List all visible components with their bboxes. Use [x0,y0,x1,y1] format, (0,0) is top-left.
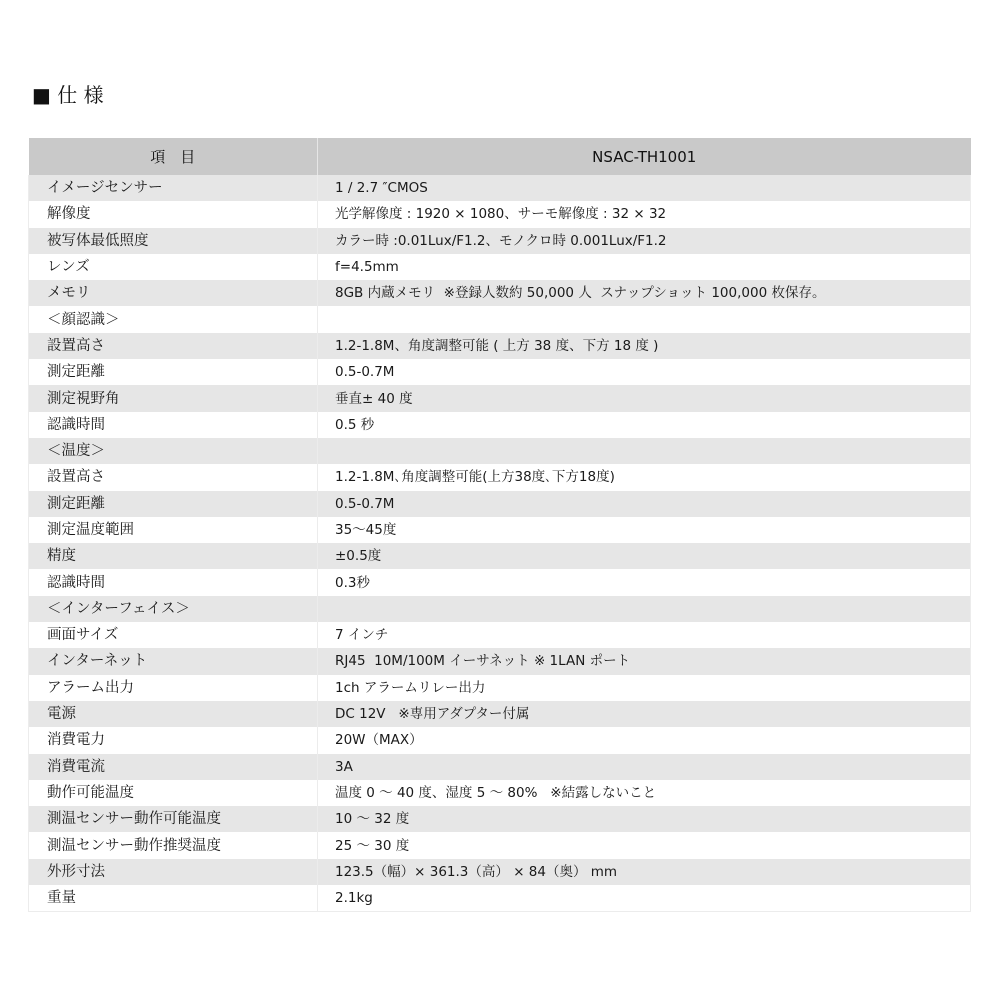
row-value: RJ45 10M/100M イーサネット ※ 1LAN ポート [318,648,971,674]
row-item: 解像度 [29,201,318,227]
row-value: 25 ～ 30 度 [318,832,971,858]
table-row: 消費電流3A [29,754,971,780]
row-item: 測定視野角 [29,385,318,411]
row-item: 消費電力 [29,727,318,753]
row-value: 1.2-1.8M、角度調整可能 ( 上方 38 度、下方 18 度 ) [318,333,971,359]
table-row: 設置高さ1.2-1.8M､角度調整可能(上方38度､下方18度) [29,464,971,490]
row-value: f=4.5mm [318,254,971,280]
table-row: 画面サイズ7 インチ [29,622,971,648]
row-value: 0.5-0.7M [318,491,971,517]
row-value: 1.2-1.8M､角度調整可能(上方38度､下方18度) [318,464,971,490]
row-value: 35～45度 [318,517,971,543]
row-item: メモリ [29,280,318,306]
row-value: 0.5 秒 [318,412,971,438]
section-label: ＜インターフェイス＞ [29,596,318,622]
table-row: 動作可能温度温度 0 ～ 40 度、湿度 5 ～ 80% ※結露しないこと [29,780,971,806]
header-model: NSAC-TH1001 [318,138,971,175]
row-item: アラーム出力 [29,675,318,701]
table-row: 外形寸法123.5（幅）× 361.3（高） × 84（奥） mm [29,859,971,885]
table-row: 解像度光学解像度 : 1920 × 1080、サーモ解像度 : 32 × 32 [29,201,971,227]
table-row: 測定温度範囲35～45度 [29,517,971,543]
section-label: ＜顔認識＞ [29,306,318,332]
section-row-face-recognition: ＜顔認識＞ [29,306,971,332]
table-row: 測定距離0.5-0.7M [29,359,971,385]
row-value: 20W（MAX） [318,727,971,753]
row-value: 2.1kg [318,885,971,912]
row-item: レンズ [29,254,318,280]
row-item: 測温センサー動作可能温度 [29,806,318,832]
table-header-row: 項 目 NSAC-TH1001 [29,138,971,175]
spec-table: 項 目 NSAC-TH1001 イメージセンサー1 / 2.7 ″CMOS 解像… [28,138,971,912]
row-item: 測定温度範囲 [29,517,318,543]
table-row: 電源DC 12V ※専用アダプター付属 [29,701,971,727]
section-row-interface: ＜インターフェイス＞ [29,596,971,622]
row-item: 設置高さ [29,464,318,490]
row-item: 消費電流 [29,754,318,780]
row-value: 8GB 内蔵メモリ ※登録人数約 50,000 人 スナップショット 100,0… [318,280,971,306]
row-value: 垂直± 40 度 [318,385,971,411]
row-value [318,438,971,464]
row-item: 重量 [29,885,318,912]
table-row: レンズf=4.5mm [29,254,971,280]
row-item: 精度 [29,543,318,569]
table-row: 設置高さ1.2-1.8M、角度調整可能 ( 上方 38 度、下方 18 度 ) [29,333,971,359]
table-row: 消費電力20W（MAX） [29,727,971,753]
row-item: イメージセンサー [29,175,318,201]
row-value [318,306,971,332]
header-item: 項 目 [29,138,318,175]
table-row: 測温センサー動作推奨温度25 ～ 30 度 [29,832,971,858]
row-item: インターネット [29,648,318,674]
table-row: アラーム出力1ch アラームリレー出力 [29,675,971,701]
row-item: 被写体最低照度 [29,228,318,254]
table-row: 認識時間0.5 秒 [29,412,971,438]
table-row: 重量2.1kg [29,885,971,912]
table-row: 測温センサー動作可能温度10 ～ 32 度 [29,806,971,832]
row-value: 10 ～ 32 度 [318,806,971,832]
row-value: 123.5（幅）× 361.3（高） × 84（奥） mm [318,859,971,885]
row-item: 設置高さ [29,333,318,359]
row-value: 光学解像度 : 1920 × 1080、サーモ解像度 : 32 × 32 [318,201,971,227]
row-item: 外形寸法 [29,859,318,885]
row-item: 測定距離 [29,359,318,385]
row-value: 3A [318,754,971,780]
row-item: 測温センサー動作推奨温度 [29,832,318,858]
table-row: 精度±0.5度 [29,543,971,569]
row-value: 1ch アラームリレー出力 [318,675,971,701]
row-value: ±0.5度 [318,543,971,569]
row-item: 認識時間 [29,569,318,595]
table-row: メモリ8GB 内蔵メモリ ※登録人数約 50,000 人 スナップショット 10… [29,280,971,306]
table-row: 認識時間0.3秒 [29,569,971,595]
row-value: 0.3秒 [318,569,971,595]
row-value: 7 インチ [318,622,971,648]
row-value: DC 12V ※専用アダプター付属 [318,701,971,727]
table-row: イメージセンサー1 / 2.7 ″CMOS [29,175,971,201]
row-value: カラー時 :0.01Lux/F1.2、モノクロ時 0.001Lux/F1.2 [318,228,971,254]
row-item: 測定距離 [29,491,318,517]
table-row: インターネットRJ45 10M/100M イーサネット ※ 1LAN ポート [29,648,971,674]
table-row: 被写体最低照度カラー時 :0.01Lux/F1.2、モノクロ時 0.001Lux… [29,228,971,254]
row-item: 動作可能温度 [29,780,318,806]
section-row-temperature: ＜温度＞ [29,438,971,464]
table-row: 測定視野角垂直± 40 度 [29,385,971,411]
row-item: 画面サイズ [29,622,318,648]
row-value [318,596,971,622]
section-label: ＜温度＞ [29,438,318,464]
table-row: 測定距離0.5-0.7M [29,491,971,517]
row-value: 0.5-0.7M [318,359,971,385]
row-item: 電源 [29,701,318,727]
row-item: 認識時間 [29,412,318,438]
page-title: ■ 仕 様 [32,82,104,108]
row-value: 温度 0 ～ 40 度、湿度 5 ～ 80% ※結露しないこと [318,780,971,806]
row-value: 1 / 2.7 ″CMOS [318,175,971,201]
